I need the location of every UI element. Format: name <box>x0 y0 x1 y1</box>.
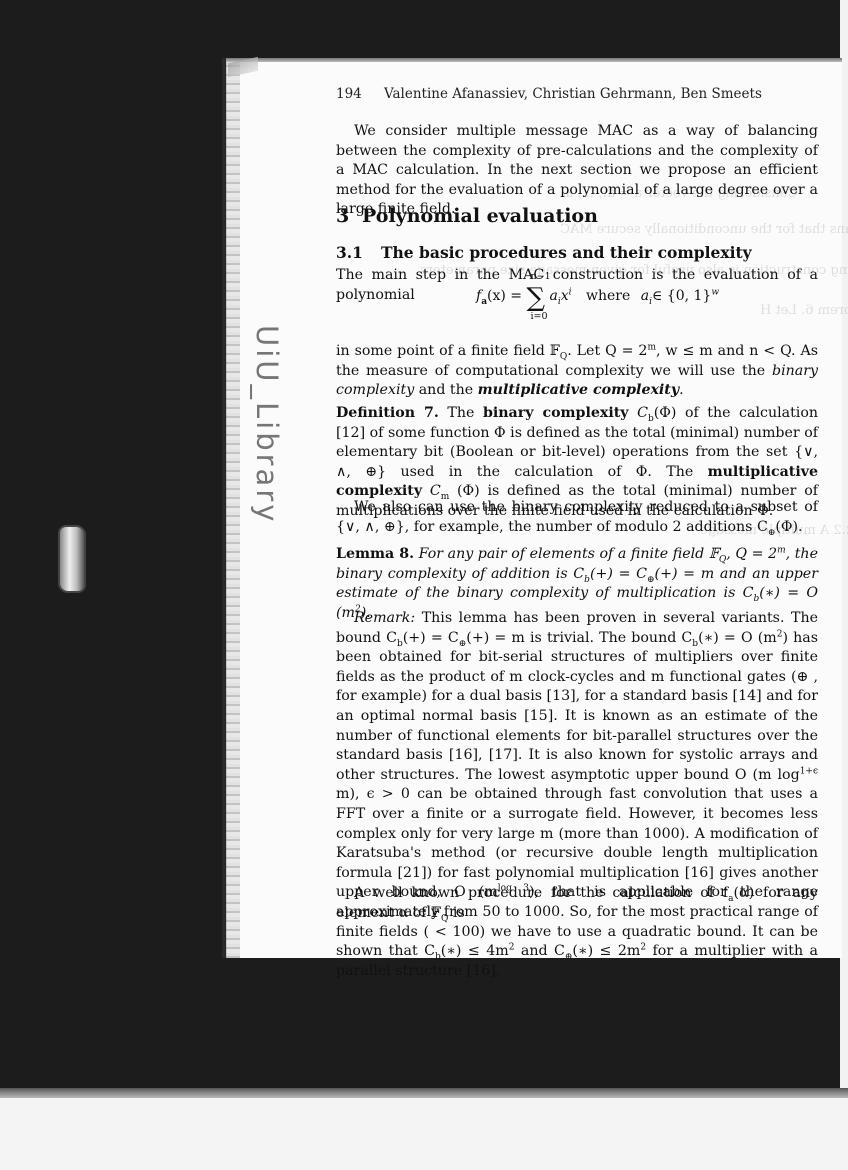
running-header: 194Valentine Afanassiev, Christian Gehrm… <box>336 86 826 102</box>
binder-clip <box>58 525 86 593</box>
library-stamp: UiU_Library <box>250 325 284 524</box>
after-formula-paragraph: in some point of a finite field 𝔽Q. Let … <box>336 342 818 401</box>
polynomial-formula: fa(x) = ∑n−1i=0 aixi where ai∈ {0, 1}w <box>476 283 719 313</box>
binding-strip <box>226 62 240 958</box>
final-paragraph: A well known procedure for the calculati… <box>336 884 818 923</box>
bleed-through-text: means that for the unconditionally secur… <box>560 222 848 237</box>
subset-paragraph: We also can use the binary complexity re… <box>336 498 818 537</box>
bleed-through-text: Theorem 6. Let H <box>760 303 848 318</box>
section-heading: 3Polynomial evaluation <box>336 205 598 227</box>
authors: Valentine Afanassiev, Christian Gehrmann… <box>384 86 762 102</box>
scanner-bottom-strip <box>0 1098 848 1170</box>
page-top-edge <box>226 58 842 62</box>
sum-symbol: ∑n−1i=0 <box>526 283 545 313</box>
subsection-heading: 3.1The basic procedures and their comple… <box>336 243 752 262</box>
page-number: 194 <box>336 86 384 102</box>
remark-paragraph: Remark: This lemma has been proven in se… <box>336 609 818 981</box>
